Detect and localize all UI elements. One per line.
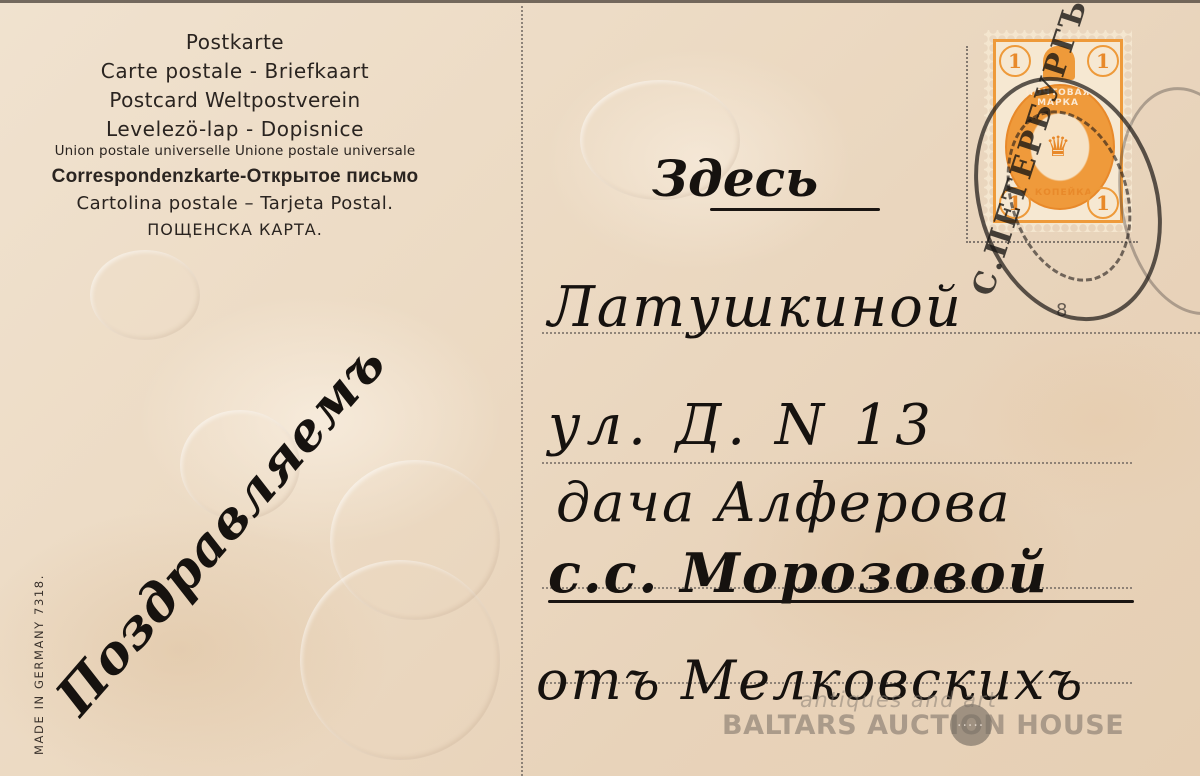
watermark-title: BALTARS AUCTION HOUSE <box>722 710 1124 741</box>
underline <box>710 208 880 211</box>
stamp-denomination: 1 <box>1087 45 1119 77</box>
header-line: Correspondenzkarte-Открытое письмо <box>0 167 470 186</box>
emboss-decoration <box>300 560 500 760</box>
card-edge <box>0 0 1200 3</box>
address-city: Здесь <box>652 154 818 204</box>
publisher-imprint: MADE IN GERMANY 7318. <box>32 574 46 755</box>
header-line: Carte postale - Briefkaart <box>0 61 470 81</box>
address-line <box>542 462 1132 464</box>
auction-logo-icon <box>950 704 992 746</box>
address-recipient: Латушкиной <box>548 280 963 336</box>
header-line: Postcard Weltpostverein <box>0 90 470 110</box>
header-line: Postkarte <box>0 32 470 52</box>
header-line: Union postale universelle Unione postale… <box>0 145 470 159</box>
postcard: Postkarte Carte postale - Briefkaart Pos… <box>0 0 1200 776</box>
postcard-header: Postkarte Carte postale - Briefkaart Pos… <box>0 32 470 238</box>
stamp-denomination: 1 <box>999 45 1031 77</box>
header-line: Levelezö-lap - Dopisnice <box>0 119 470 139</box>
underline <box>548 600 1134 603</box>
address-street: ул. Д. N 13 <box>548 398 937 454</box>
emboss-decoration <box>90 250 200 340</box>
address-dacha: дача Алферова <box>556 476 1012 530</box>
postmark-number: 8 <box>1056 300 1067 321</box>
address-village: с.с. Морозовой <box>548 546 1049 600</box>
center-divider <box>521 6 523 776</box>
header-line: Cartolina postale – Tarjeta Postal. <box>0 195 470 213</box>
header-line: ПОЩЕНСКА КАРТА. <box>0 222 470 238</box>
